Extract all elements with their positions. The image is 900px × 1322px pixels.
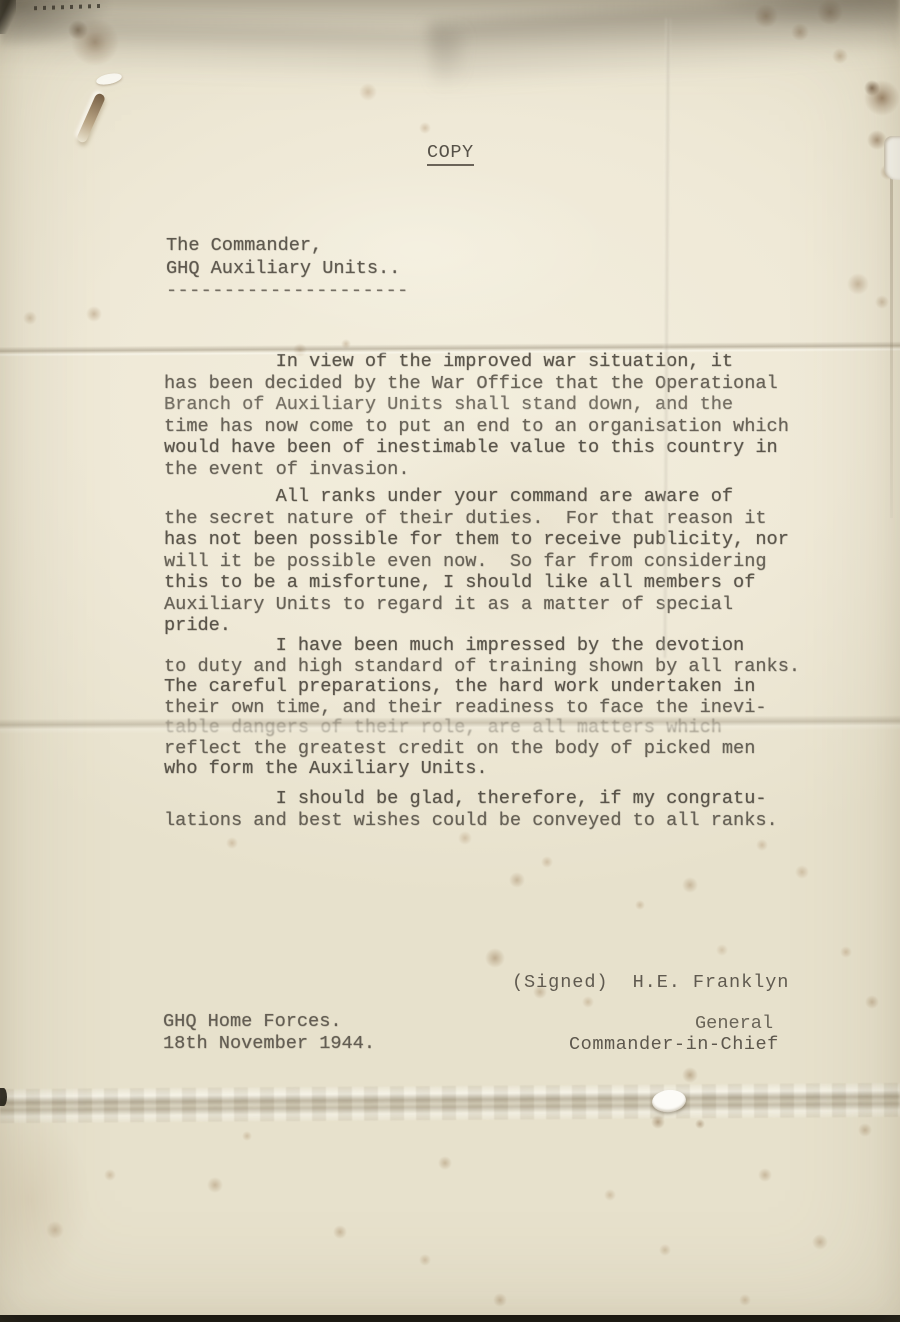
addressee-underline: --------------------- xyxy=(166,280,409,303)
paragraph-4: I should be glad, therefore, if my congr… xyxy=(164,788,778,831)
scan-edge-bottom xyxy=(0,1315,900,1322)
origin-date: 18th November 1944. xyxy=(163,1033,375,1055)
copy-heading: COPY xyxy=(427,142,474,166)
scan-edge-top-left xyxy=(0,0,16,34)
signature-signed-line: (Signed) H.E. Franklyn xyxy=(512,972,789,993)
paragraph-2: All ranks under your command are aware o… xyxy=(164,486,789,637)
origin-block: GHQ Home Forces. 18th November 1944. xyxy=(163,1011,375,1055)
paragraph-line: Auxiliary Units to regard it as a matter… xyxy=(164,594,789,616)
letter-content: COPY The Commander, GHQ Auxiliary Units.… xyxy=(0,0,900,1322)
paragraph-line: time has now come to put an end to an or… xyxy=(164,416,789,438)
paragraph-line: has been decided by the War Office that … xyxy=(164,373,789,395)
paragraph-line: the secret nature of their duties. For t… xyxy=(164,508,789,530)
paragraph-line: Branch of Auxiliary Units shall stand do… xyxy=(164,394,789,416)
paragraph-line: the event of invasion. xyxy=(164,459,789,481)
paragraph-line: pride. xyxy=(164,615,789,637)
right-edge-crease xyxy=(890,178,893,518)
paragraph-line: to duty and high standard of training sh… xyxy=(164,657,800,678)
addressee-name: The Commander, xyxy=(166,235,409,258)
paragraph-3: I have been much impressed by the devoti… xyxy=(164,636,800,780)
paragraph-line: who form the Auxiliary Units. xyxy=(164,759,800,780)
scan-edge-left xyxy=(0,1088,7,1106)
paragraph-line: this to be a misfortune, I should like a… xyxy=(164,572,789,594)
paragraph-line: I should be glad, therefore, if my congr… xyxy=(164,788,778,810)
right-edge-notch xyxy=(884,136,900,180)
lower-fold-crease xyxy=(0,1083,900,1123)
paragraph-line: would have been of inestimable value to … xyxy=(164,437,789,459)
paragraph-1: In view of the improved war situation, i… xyxy=(164,351,789,480)
signature-title: Commander-in-Chief xyxy=(569,1034,779,1055)
paragraph-line: lations and best wishes could be conveye… xyxy=(164,810,778,832)
paragraph-line: has not been possible for them to receiv… xyxy=(164,529,789,551)
paragraph-line: reflect the greatest credit on the body … xyxy=(164,739,800,760)
addressee-unit: GHQ Auxiliary Units.. xyxy=(166,258,409,281)
paragraph-line: I have been much impressed by the devoti… xyxy=(164,636,800,657)
scanned-letter-page: COPY The Commander, GHQ Auxiliary Units.… xyxy=(0,0,900,1322)
signature-rank: General xyxy=(695,1013,773,1034)
paragraph-line: All ranks under your command are aware o… xyxy=(164,486,789,508)
paragraph-line: will it be possible even now. So far fro… xyxy=(164,551,789,573)
origin-unit: GHQ Home Forces. xyxy=(163,1011,375,1033)
addressee-block: The Commander, GHQ Auxiliary Units.. ---… xyxy=(166,235,409,303)
paragraph-line: The careful preparations, the hard work … xyxy=(164,677,800,698)
